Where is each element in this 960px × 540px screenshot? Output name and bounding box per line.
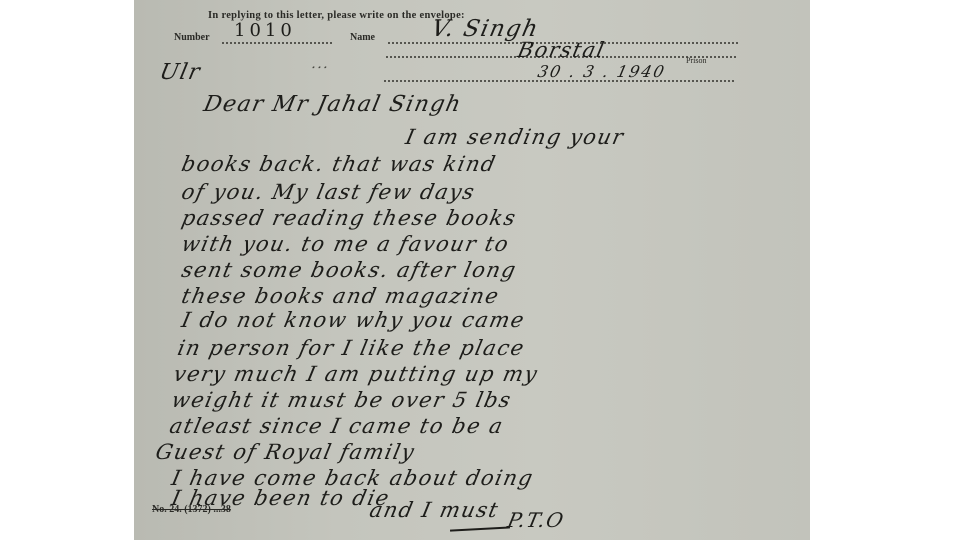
letter-line-4: passed reading these books bbox=[179, 206, 518, 230]
name-label: Name bbox=[350, 32, 375, 43]
date-value: 30 . 3 . 1940 bbox=[536, 62, 668, 81]
letter-line-8: I do not know why you came bbox=[179, 308, 527, 332]
letter-line-16: and I must bbox=[367, 498, 501, 522]
form-code: No. 24. (1372) ...38 bbox=[152, 504, 231, 515]
letter-line-2: books back. that was kind bbox=[179, 152, 498, 176]
location-value: Borstal bbox=[515, 38, 607, 62]
number-value: 1010 bbox=[234, 20, 296, 41]
closing-rule bbox=[450, 526, 510, 531]
letter-line-11: weight it must be over 5 lbs bbox=[169, 388, 514, 412]
letter-line-3: of you. My last few days bbox=[179, 180, 477, 204]
letter-line-12: atleast since I came to be a bbox=[167, 414, 506, 438]
letter-page: In replying to this letter, please write… bbox=[134, 0, 810, 540]
letter-line-9: in person for I like the place bbox=[175, 336, 527, 360]
letter-line-13: Guest of Royal family bbox=[153, 440, 417, 464]
number-dotted-line bbox=[222, 42, 332, 44]
letter-line-5: with you. to me a favour to bbox=[179, 232, 511, 256]
prison-label: Prison bbox=[686, 56, 706, 65]
letter-line-7: these books and magazine bbox=[179, 284, 502, 308]
number-label: Number bbox=[174, 32, 210, 43]
margin-mark: Ulr bbox=[157, 60, 203, 85]
letter-line-10: very much I am putting up my bbox=[171, 362, 540, 386]
salutation: Dear Mr Jahal Singh bbox=[201, 92, 464, 117]
faint-mark: ... bbox=[310, 56, 331, 72]
closing-pto: P.T.O bbox=[505, 508, 567, 532]
letter-line-6: sent some books. after long bbox=[179, 258, 519, 282]
letter-line-1: I am sending your bbox=[403, 125, 626, 149]
